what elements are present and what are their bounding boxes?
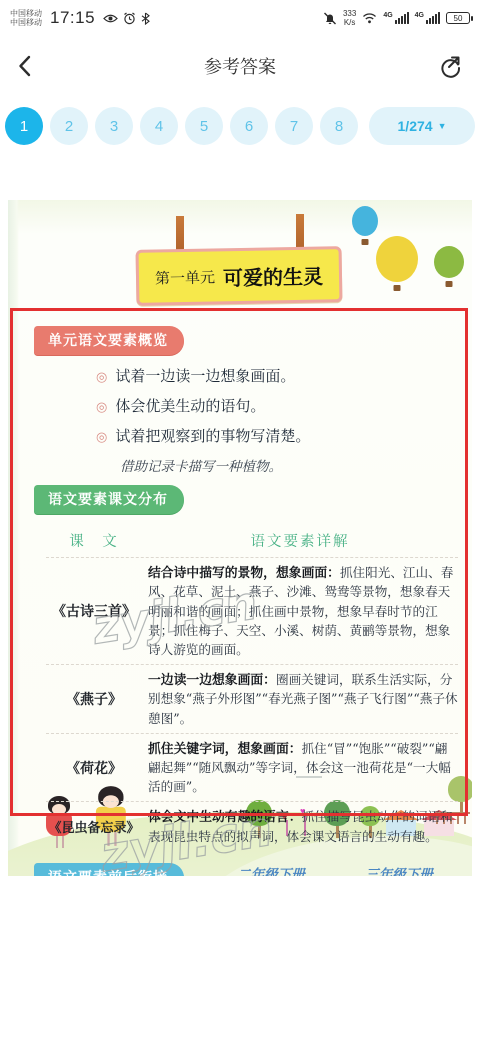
bullet-text: 试着一边读一边想象画面。: [115, 365, 295, 386]
connection-section: 语文要素前后衔接 二年级下册 读句子，想象画面。 三年级下册 试着一边读一边想象…: [34, 863, 458, 876]
lesson-title: 《燕子》: [46, 689, 142, 709]
page-indicator-dropdown[interactable]: 1/274 ▼: [369, 107, 475, 145]
status-bar: 中国移动 中国移动 17:15 333 K/s: [0, 0, 480, 36]
page-tab-6[interactable]: 6: [230, 107, 268, 145]
lesson-detail-lead: 抓住关键字词，想象画面：: [148, 741, 302, 756]
bullet-icon: ◎: [96, 370, 107, 385]
unit-sign-area: 第一单元 可爱的生灵: [8, 200, 472, 308]
list-item: ◎ 试着一边读一边想象画面。: [96, 365, 458, 386]
battery-icon: 50: [446, 12, 470, 24]
network-speed: 333 K/s: [343, 9, 356, 27]
grade3-column: 三年级下册 试着一边读一边想象画面。: [340, 863, 458, 876]
page-tab-8[interactable]: 8: [320, 107, 358, 145]
grade2-label: 二年级下册: [212, 863, 330, 876]
grade3-label: 三年级下册: [340, 863, 458, 876]
notifications-off-icon: [323, 12, 337, 25]
carrier-sim1: 中国移动: [10, 9, 42, 18]
share-button[interactable]: [438, 54, 462, 78]
alarm-icon: [123, 12, 136, 25]
unit-label: 第一单元: [155, 266, 215, 288]
overview-badge: 单元语文要素概览: [34, 326, 184, 355]
table-row: 《燕子》 一边读一边想象画面：圈画关键词，联系生活实际，分别想象“燕子外形图”“…: [46, 664, 458, 733]
overview-bullets: ◎ 试着一边读一边想象画面。 ◎ 体会优美生动的语句。 ◎ 试着把观察到的事物写…: [96, 365, 458, 446]
column-header-lesson: 课 文: [46, 530, 142, 551]
lesson-detail-lead: 一边读一边想象画面：: [148, 672, 276, 687]
bullet-icon: ◎: [96, 400, 107, 415]
list-item: ◎ 体会优美生动的语句。: [96, 395, 458, 416]
bullet-text: 试着把观察到的事物写清楚。: [115, 425, 310, 446]
page-tab-4[interactable]: 4: [140, 107, 178, 145]
carrier-labels: 中国移动 中国移动: [10, 9, 42, 27]
bluetooth-icon: [141, 12, 150, 25]
balloon-yellow-icon: [376, 236, 418, 282]
page-title: 参考答案: [0, 53, 480, 79]
page-tab-1[interactable]: 1: [5, 107, 43, 145]
connection-arrow: [296, 776, 322, 778]
signal-sim2-icon: 4G: [415, 12, 440, 24]
table-row: 《荷花》 抓住关键字词，想象画面：抓住“冒”“饱胀”“破裂”“翩翩起舞”“随风飘…: [46, 733, 458, 802]
list-item: ◎ 试着把观察到的事物写清楚。: [96, 425, 458, 446]
app-screen: 中国移动 中国移动 17:15 333 K/s: [0, 0, 480, 1040]
grade2-column: 二年级下册 读句子，想象画面。: [212, 863, 330, 876]
signal-sim1-icon: 4G: [383, 12, 408, 24]
lesson-detail: 抓住关键字词，想象画面：抓住“冒”“饱胀”“破裂”“翩翩起舞”“随风飘动”等字词…: [142, 739, 458, 797]
balloon-blue-icon: [352, 206, 378, 236]
bullet-text: 体会优美生动的语句。: [115, 395, 265, 416]
app-header: 参考答案: [0, 36, 480, 96]
wifi-icon: [362, 12, 377, 24]
page-tab-5[interactable]: 5: [185, 107, 223, 145]
distribution-table: 课 文 语文要素详解 《古诗三首》 结合诗中描写的景物，想象画面：抓住阳光、江山…: [46, 524, 458, 851]
balloon-green-icon: [434, 246, 464, 278]
page-tab-7[interactable]: 7: [275, 107, 313, 145]
page-indicator-value: 1/274: [398, 118, 433, 134]
page-tab-bar: 1 2 3 4 5 6 7 8 1/274 ▼: [0, 100, 480, 152]
page-tab-2[interactable]: 2: [50, 107, 88, 145]
back-button[interactable]: [18, 55, 31, 77]
lesson-detail: 一边读一边想象画面：圈画关键词，联系生活实际，分别想象“燕子外形图”“春光燕子图…: [142, 670, 458, 728]
chevron-down-icon: ▼: [438, 121, 447, 131]
lesson-title: 《荷花》: [46, 758, 142, 778]
answer-page-image[interactable]: 第一单元 可爱的生灵 单元语文要素概览 ◎ 试着一边读一边想象画面。 ◎ 体会优…: [8, 200, 472, 876]
eye-icon: [103, 13, 118, 24]
table-header: 课 文 语文要素详解: [46, 524, 458, 557]
unit-title: 可爱的生灵: [223, 260, 323, 291]
page-tab-3[interactable]: 3: [95, 107, 133, 145]
overview-note: 借助记录卡描写一种植物。: [120, 455, 458, 475]
bullet-icon: ◎: [96, 430, 107, 445]
unit-signboard: 第一单元 可爱的生灵: [136, 246, 343, 306]
carrier-sim2: 中国移动: [10, 18, 42, 27]
distribution-badge: 语文要素课文分布: [34, 485, 184, 514]
clock: 17:15: [50, 8, 95, 28]
column-header-detail: 语文要素详解: [142, 530, 458, 551]
